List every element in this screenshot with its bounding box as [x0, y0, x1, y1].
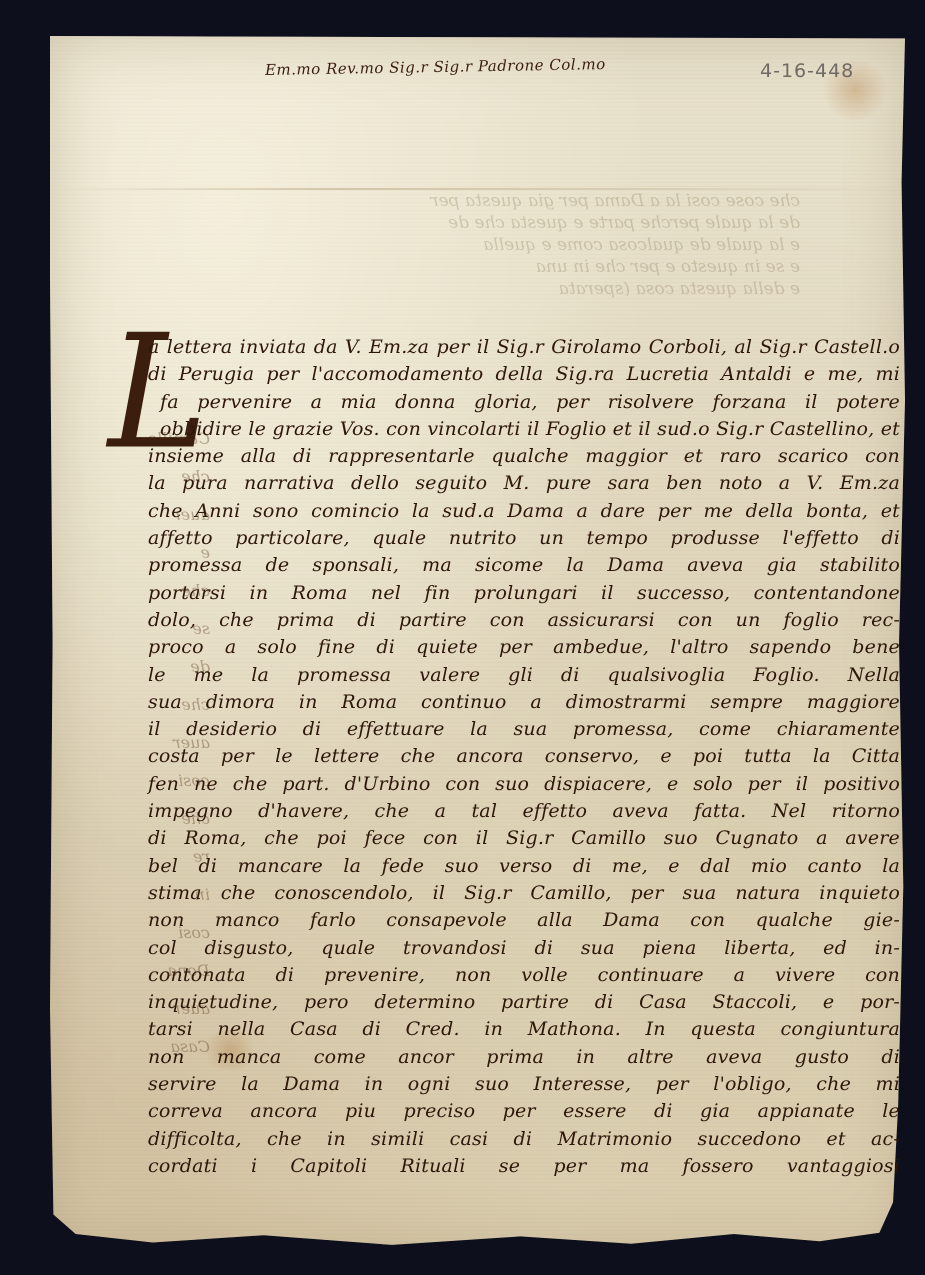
- text-line: bel di mancare la fede suo verso di me, …: [148, 853, 900, 880]
- text-line: cordati i Capitoli Rituali se per ma fos…: [148, 1153, 900, 1180]
- text-line: non manco farlo consapevole alla Dama co…: [148, 907, 900, 934]
- bleed-through-top: che cose cosi la a Dama per gia questa p…: [320, 190, 800, 300]
- text-line: le me la promessa valere gli di qualsivo…: [148, 662, 900, 689]
- text-line: la pura narrativa dello seguito M. pure …: [148, 470, 900, 497]
- text-line: sua dimora in Roma continuo a dimostrarm…: [148, 689, 900, 716]
- text-line: affetto particolare, quale nutrito un te…: [148, 525, 900, 552]
- scan-background: che cose cosi la a Dama per gia questa p…: [0, 0, 925, 1275]
- text-line: di Perugia per l'accomodamento della Sig…: [148, 361, 900, 388]
- text-line: portarsi in Roma nel fin prolungari il s…: [148, 580, 900, 607]
- text-line: di Roma, che poi fece con il Sig.r Camil…: [148, 825, 900, 852]
- letter-body: a lettera inviata da V. Em.za per il Sig…: [148, 334, 900, 1180]
- text-line: inquietudine, pero determino partire di …: [148, 989, 900, 1016]
- text-line: col disgusto, quale trovandosi di sua pi…: [148, 935, 900, 962]
- text-line: insieme alla di rappresentarle qualche m…: [148, 443, 900, 470]
- text-line: a lettera inviata da V. Em.za per il Sig…: [148, 334, 900, 361]
- archive-number: 4-16-448: [760, 60, 854, 82]
- text-line: correva ancora piu preciso per essere di…: [148, 1098, 900, 1125]
- text-line: dolo, che prima di partire con assicurar…: [148, 607, 900, 634]
- text-line: non manca come ancor prima in altre avev…: [148, 1044, 900, 1071]
- text-line: che Anni sono comincio la sud.a Dama a d…: [148, 498, 900, 525]
- text-line: fen ne che part. d'Urbino con suo dispia…: [148, 771, 900, 798]
- text-line: obbidire le grazie Vos. con vincolarti i…: [148, 416, 900, 443]
- text-line: servire la Dama in ogni suo Interesse, p…: [148, 1071, 900, 1098]
- text-line: costa per le lettere che ancora conservo…: [148, 743, 900, 770]
- text-line: promessa de sponsali, ma sicome la Dama …: [148, 552, 900, 579]
- text-line: fa pervenire a mia donna gloria, per ris…: [148, 389, 900, 416]
- text-line: stima che conoscendolo, il Sig.r Camillo…: [148, 880, 900, 907]
- text-line: tarsi nella Casa di Cred. in Mathona. In…: [148, 1016, 900, 1043]
- text-line: impegno d'havere, che a tal effetto avev…: [148, 798, 900, 825]
- text-line: difficolta, che in simili casi di Matrim…: [148, 1126, 900, 1153]
- text-line: contonata di prevenire, non volle contin…: [148, 962, 900, 989]
- text-line: il desiderio di effettuare la sua promes…: [148, 716, 900, 743]
- text-line: proco a solo fine di quiete per ambedue,…: [148, 634, 900, 661]
